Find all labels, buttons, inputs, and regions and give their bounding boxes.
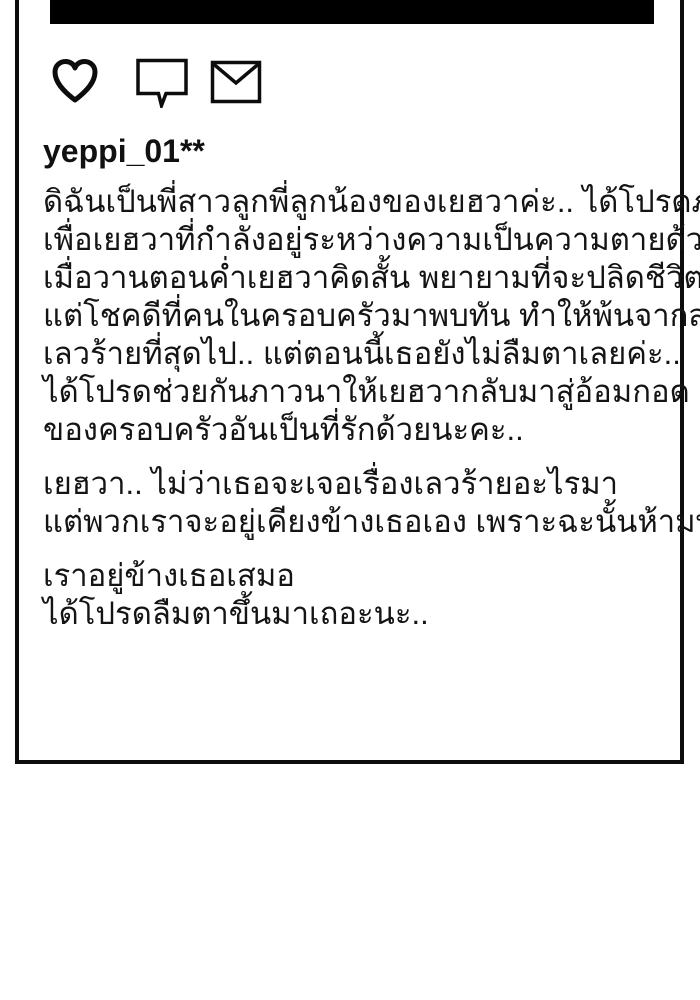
comment-button[interactable] (135, 58, 189, 113)
caption-line: เพื่อเยฮวาที่กำลังอยู่ระหว่างความเป็นควา… (43, 221, 658, 259)
caption-line: ดิฉันเป็นพี่สาวลูกพี่ลูกน้องของเยฮวาค่ะ.… (43, 183, 658, 221)
post-card: yeppi_01** ดิฉันเป็นพี่สาวลูกพี่ลูกน้องข… (15, 0, 684, 764)
caption-line: เยฮวา.. ไม่ว่าเธอจะเจอเรื่องเลวร้ายอะไรม… (43, 465, 658, 503)
post-image-bottom-strip (50, 0, 654, 24)
caption-line: ได้โปรดช่วยกันภาวนาให้เยฮวากลับมาสู่อ้อม… (43, 373, 658, 411)
caption-paragraph: ดิฉันเป็นพี่สาวลูกพี่ลูกน้องของเยฮวาค่ะ.… (43, 183, 658, 449)
page-canvas: yeppi_01** ดิฉันเป็นพี่สาวลูกพี่ลูกน้องข… (0, 0, 700, 1000)
caption-line: แต่โชคดีที่คนในครอบครัวมาพบทัน ทำให้พ้นจ… (43, 297, 658, 335)
heart-icon (51, 91, 99, 108)
caption-line: เมื่อวานตอนค่ำเยฮวาคิดสั้น พยายามที่จะปล… (43, 259, 658, 297)
post-username[interactable]: yeppi_01** (43, 134, 205, 168)
caption-line: แต่พวกเราจะอยู่เคียงข้างเธอเอง เพราะฉะนั… (43, 503, 658, 541)
caption-line: ของครอบครัวอันเป็นที่รักด้วยนะคะ.. (43, 411, 658, 449)
caption-paragraph: เยฮวา.. ไม่ว่าเธอจะเจอเรื่องเลวร้ายอะไรม… (43, 465, 658, 541)
post-caption: ดิฉันเป็นพี่สาวลูกพี่ลูกน้องของเยฮวาค่ะ.… (43, 183, 658, 633)
caption-line: เลวร้ายที่สุดไป.. แต่ตอนนี้เธอยังไม่ลืมต… (43, 335, 658, 373)
share-button[interactable] (210, 60, 262, 109)
speech-bubble-icon (135, 95, 189, 112)
envelope-icon (210, 91, 262, 108)
caption-line: เราอยู่ข้างเธอเสมอ (43, 557, 658, 595)
caption-line: ได้โปรดลืมตาขึ้นมาเถอะนะ.. (43, 595, 658, 633)
caption-paragraph: เราอยู่ข้างเธอเสมอ ได้โปรดลืมตาขึ้นมาเถอ… (43, 557, 658, 633)
like-button[interactable] (51, 58, 99, 109)
